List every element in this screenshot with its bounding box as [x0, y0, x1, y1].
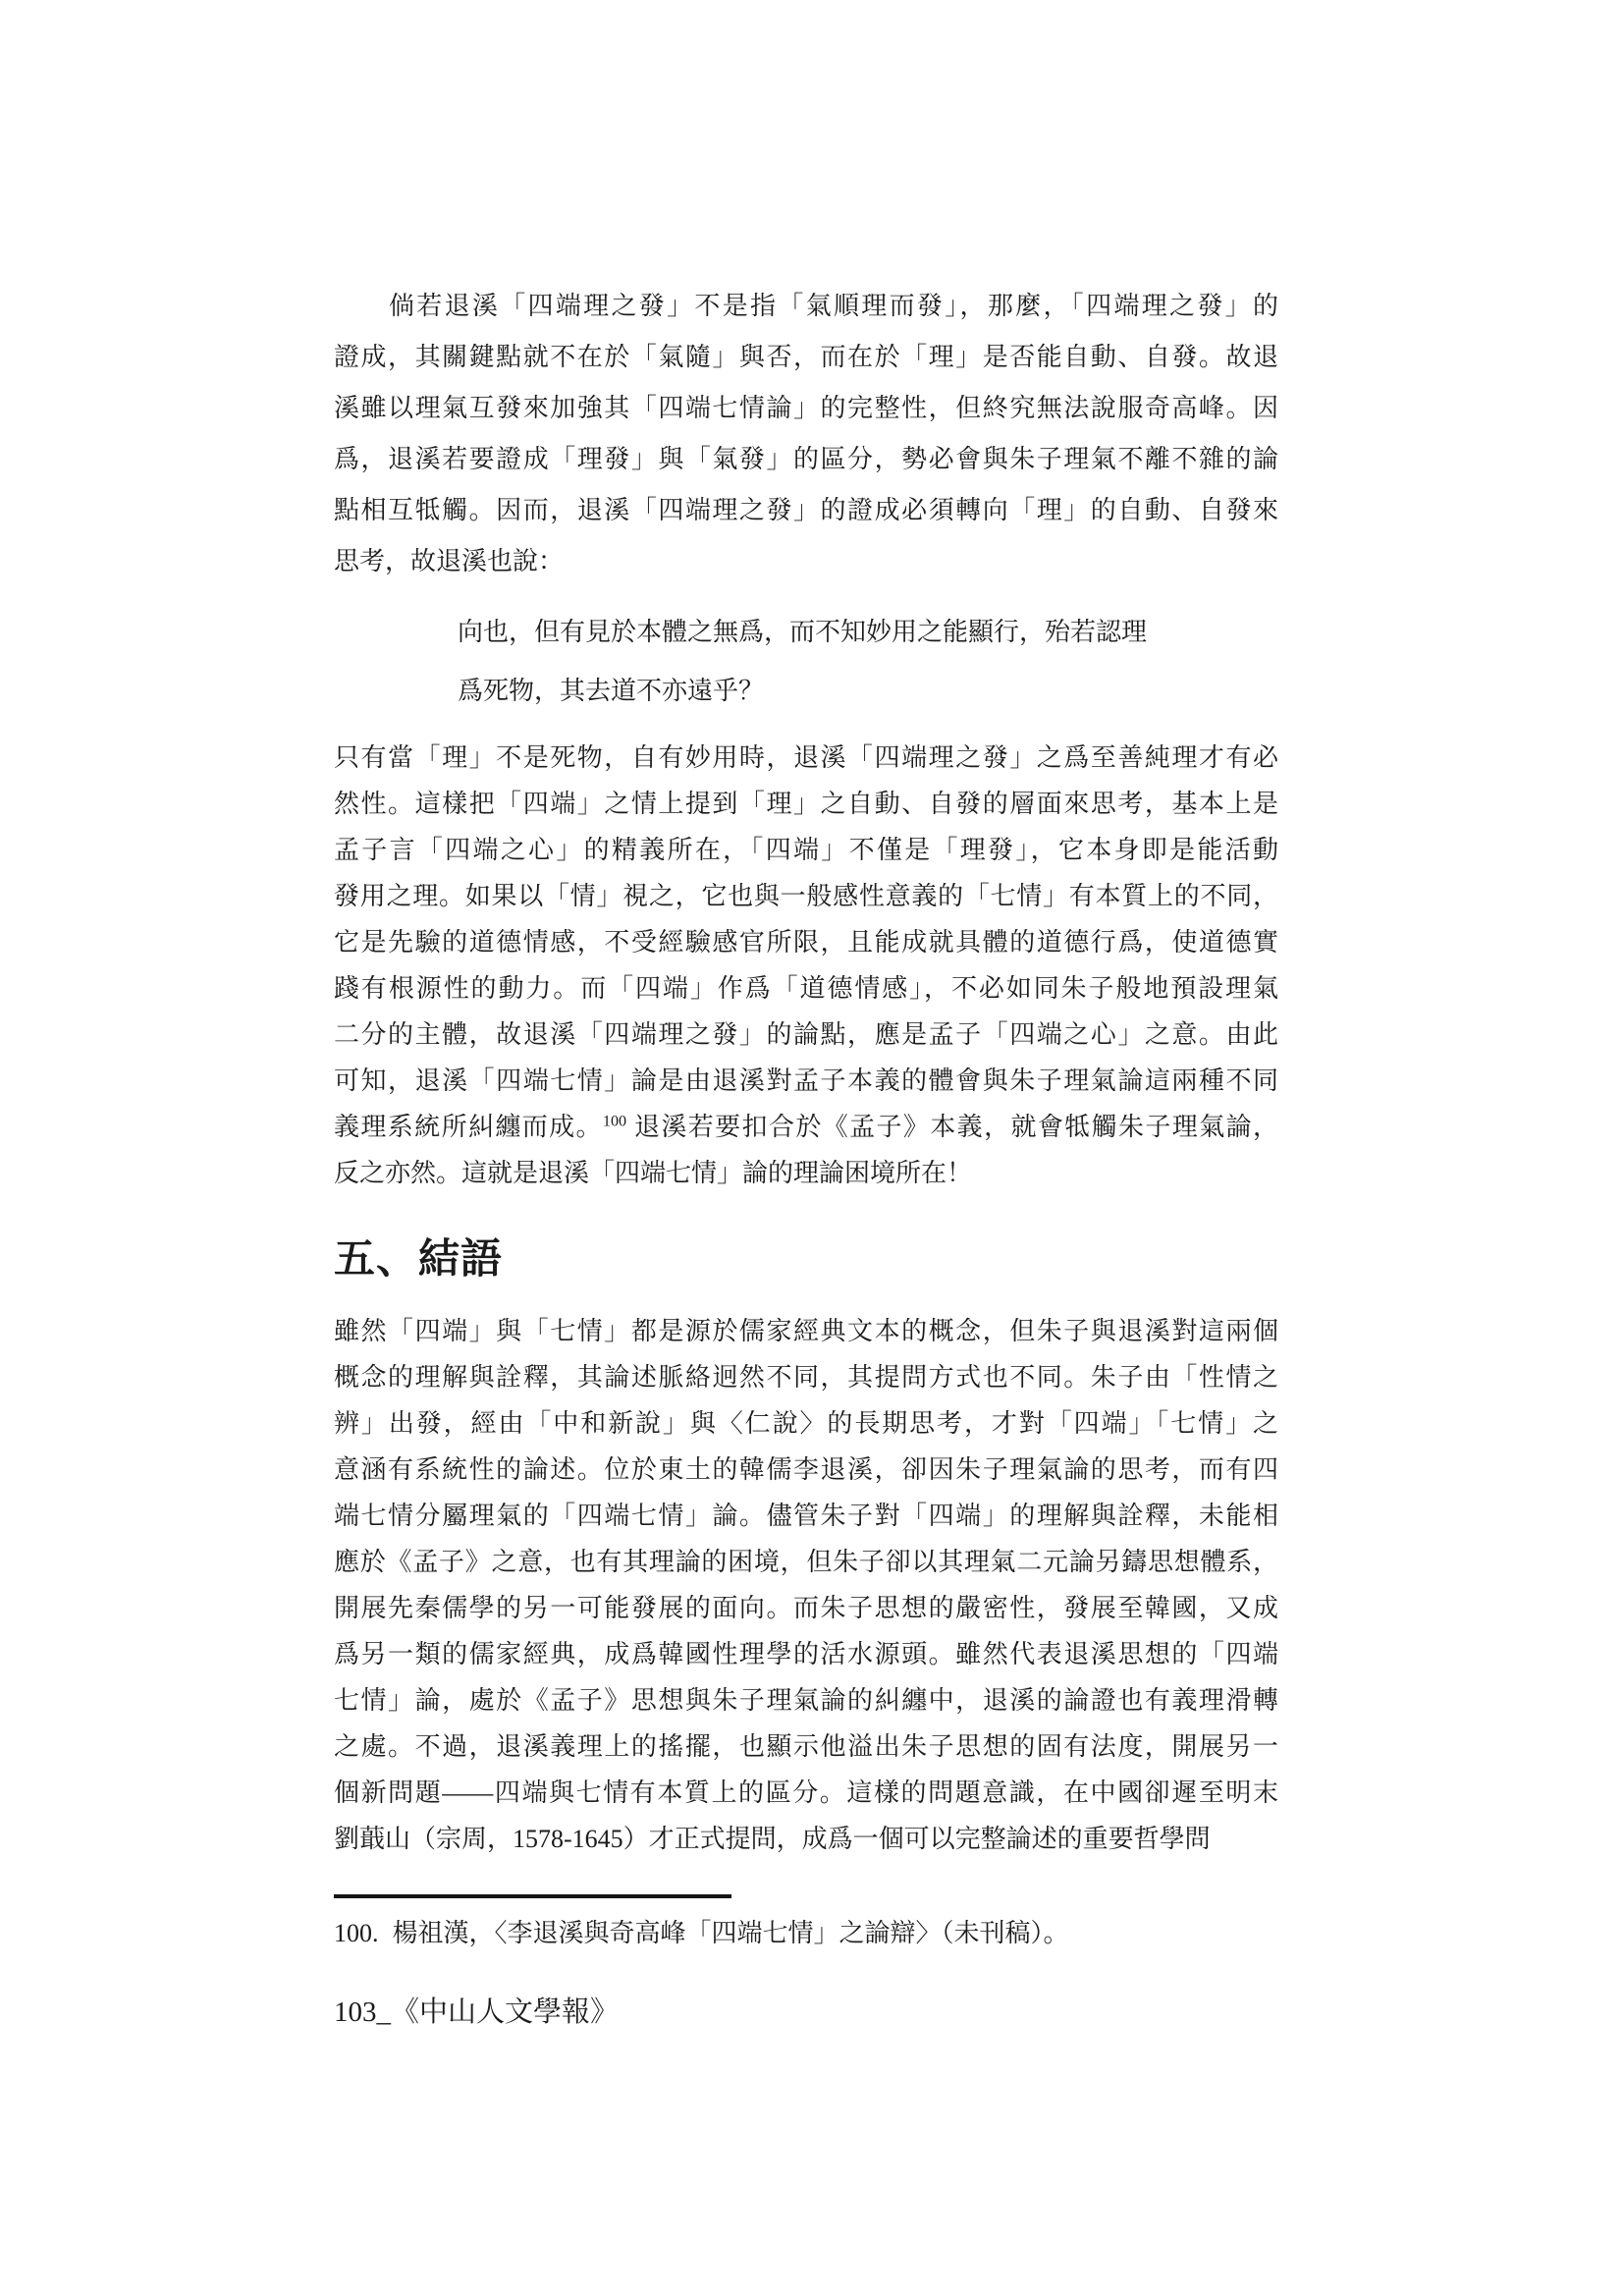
text-segment: 個新問題——四端與七情有本質上的區分。這樣的問題意識，在中國卻遲至明末 — [334, 1778, 1278, 1807]
paragraph-3: 雖然「四端」與「七情」都是源於儒家經典文本的概念，但朱子與退溪對這兩個概念的理解… — [334, 1308, 1278, 1862]
text-line: 七情」論，處於《孟子》思想與朱子理氣論的糾纏中，退溪的論證也有義理滑轉 — [334, 1677, 1278, 1723]
text-line: 義理系統所糾纏而成。100 退溪若要扣合於《孟子》本義，就會牴觸朱子理氣論， — [334, 1104, 1278, 1150]
footnote-marker: 100. — [334, 1916, 379, 1951]
section-heading: 五、結語 — [334, 1237, 1278, 1283]
text-segment: 孟子言「四端之心」的精義所在，「四端」不僅是「理發」，它本身即是能活動 — [334, 836, 1278, 864]
text-line: 辨」出發，經由「中和新說」與〈仁說〉的長期思考，才對「四端」「七情」之 — [334, 1400, 1278, 1447]
footnote-divider — [334, 1894, 731, 1898]
text-segment: 踐有根源性的動力。而「四端」作爲「道德情感」，不必如同朱子般地預設理氣 — [334, 974, 1278, 1003]
text-line: 爲另一類的儒家經典，成爲韓國性理學的活水源頭。雖然代表退溪思想的「四端 — [334, 1631, 1278, 1677]
text-segment: 只有當「理」不是死物，自有妙用時，退溪「四端理之發」之爲至善純理才有必 — [334, 743, 1278, 772]
text-segment: 義理系統所糾纏而成。 — [334, 1113, 603, 1141]
text-segment: 爲，退溪若要證成「理發」與「氣發」的區分，勢必會與朱子理氣不離不雜的論 — [334, 445, 1278, 473]
text-segment: 發用之理。如果以「情」視之，它也與一般感性意義的「七情」有本質上的不同， — [334, 882, 1278, 910]
text-line: 只有當「理」不是死物，自有妙用時，退溪「四端理之發」之爲至善純理才有必 — [334, 735, 1278, 781]
text-line: 思考，故退溪也說： — [334, 536, 1278, 587]
text-segment: 開展先秦儒學的另一可能發展的面向。而朱子思想的嚴密性，發展至韓國，又成 — [334, 1594, 1278, 1622]
footnote-ref: 100 — [603, 1113, 626, 1129]
text-line: 證成，其關鍵點就不在於「氣隨」與否，而在於「理」是否能自動、自發。故退 — [334, 332, 1278, 383]
text-segment: 倘若退溪「四端理之發」不是指「氣順理而發」，那麼，「四端理之發」的 — [389, 292, 1278, 320]
text-line: 爲，退溪若要證成「理發」與「氣發」的區分，勢必會與朱子理氣不離不雜的論 — [334, 434, 1278, 485]
text-line: 孟子言「四端之心」的精義所在，「四端」不僅是「理發」，它本身即是能活動 — [334, 827, 1278, 873]
text-segment: 七情」論，處於《孟子》思想與朱子理氣論的糾纏中，退溪的論證也有義理滑轉 — [334, 1686, 1278, 1715]
document-page: 倘若退溪「四端理之發」不是指「氣順理而發」，那麼，「四端理之發」的證成，其關鍵點… — [0, 0, 1623, 2296]
block-quote: 向也，但有見於本體之無爲，而不知妙用之能顯行，殆若認理爲死物，其去道不亦遠乎？ — [458, 603, 1278, 721]
text-segment: 退溪若要扣合於《孟子》本義，就會牴觸朱子理氣論， — [626, 1113, 1278, 1141]
text-segment: 它是先驗的道德情感，不受經驗感官所限，且能成就具體的道德行爲，使道德實 — [334, 928, 1278, 957]
text-line: 它是先驗的道德情感，不受經驗感官所限，且能成就具體的道德行爲，使道德實 — [334, 919, 1278, 965]
text-line: 反之亦然。這就是退溪「四端七情」論的理論困境所在！ — [334, 1150, 1278, 1196]
text-segment: 爲另一類的儒家經典，成爲韓國性理學的活水源頭。雖然代表退溪思想的「四端 — [334, 1640, 1278, 1668]
footnote-text: 楊祖漢，〈李退溪與奇高峰「四端七情」之論辯〉（未刊稿）。 — [393, 1916, 1069, 1951]
text-segment: 應於《孟子》之意，也有其理論的困境，但朱子卻以其理氣二元論另鑄思想體系， — [334, 1548, 1278, 1576]
text-segment: 證成，其關鍵點就不在於「氣隨」與否，而在於「理」是否能自動、自發。故退 — [334, 343, 1278, 371]
text-segment: 然性。這樣把「四端」之情上提到「理」之自動、自發的層面來思考，基本上是 — [334, 790, 1278, 818]
text-segment: 向也，但有見於本體之無爲，而不知妙用之能顯行，殆若認理 — [458, 618, 1147, 646]
text-line: 意涵有系統性的論述。位於東土的韓儒李退溪，卻因朱子理氣論的思考，而有四 — [334, 1447, 1278, 1493]
text-line: 應於《孟子》之意，也有其理論的困境，但朱子卻以其理氣二元論另鑄思想體系， — [334, 1539, 1278, 1585]
paragraph-1: 倘若退溪「四端理之發」不是指「氣順理而發」，那麼，「四端理之發」的證成，其關鍵點… — [334, 281, 1278, 587]
text-segment: 概念的理解與詮釋，其論述脈絡迥然不同，其提問方式也不同。朱子由「性情之 — [334, 1363, 1278, 1392]
text-line: 雖然「四端」與「七情」都是源於儒家經典文本的概念，但朱子與退溪對這兩個 — [334, 1308, 1278, 1354]
footnote: 100. 楊祖漢，〈李退溪與奇高峰「四端七情」之論辯〉（未刊稿）。 — [334, 1916, 1278, 1951]
text-line: 開展先秦儒學的另一可能發展的面向。而朱子思想的嚴密性，發展至韓國，又成 — [334, 1585, 1278, 1631]
text-line: 之處。不過，退溪義理上的搖擺，也顯示他溢出朱子思想的固有法度，開展另一 — [334, 1723, 1278, 1770]
text-line: 劉蕺山（宗周，1578-1645）才正式提問，成爲一個可以完整論述的重要哲學問 — [334, 1816, 1278, 1862]
text-segment: 爲死物，其去道不亦遠乎？ — [458, 677, 764, 705]
text-line: 倘若退溪「四端理之發」不是指「氣順理而發」，那麼，「四端理之發」的 — [334, 281, 1278, 332]
text-line: 個新問題——四端與七情有本質上的區分。這樣的問題意識，在中國卻遲至明末 — [334, 1770, 1278, 1816]
text-segment: 點相互牴觸。因而，退溪「四端理之發」的證成必須轉向「理」的自動、自發來 — [334, 496, 1278, 524]
text-line: 爲死物，其去道不亦遠乎？ — [458, 662, 1278, 721]
text-line: 二分的主體，故退溪「四端理之發」的論點，應是孟子「四端之心」之意。由此 — [334, 1011, 1278, 1058]
text-line: 概念的理解與詮釋，其論述脈絡迥然不同，其提問方式也不同。朱子由「性情之 — [334, 1354, 1278, 1400]
text-line: 向也，但有見於本體之無爲，而不知妙用之能顯行，殆若認理 — [458, 603, 1278, 662]
text-line: 發用之理。如果以「情」視之，它也與一般感性意義的「七情」有本質上的不同， — [334, 873, 1278, 919]
text-segment: 之處。不過，退溪義理上的搖擺，也顯示他溢出朱子思想的固有法度，開展另一 — [334, 1732, 1278, 1761]
page-footer: 103_《中山人文學報》 — [334, 1995, 1278, 2030]
text-line: 踐有根源性的動力。而「四端」作爲「道德情感」，不必如同朱子般地預設理氣 — [334, 965, 1278, 1011]
text-segment: 二分的主體，故退溪「四端理之發」的論點，應是孟子「四端之心」之意。由此 — [334, 1020, 1278, 1049]
text-line: 端七情分屬理氣的「四端七情」論。儘管朱子對「四端」的理解與詮釋，未能相 — [334, 1493, 1278, 1539]
text-line: 然性。這樣把「四端」之情上提到「理」之自動、自發的層面來思考，基本上是 — [334, 781, 1278, 827]
text-segment: 辨」出發，經由「中和新說」與〈仁說〉的長期思考，才對「四端」「七情」之 — [334, 1409, 1278, 1438]
paragraph-2: 只有當「理」不是死物，自有妙用時，退溪「四端理之發」之爲至善純理才有必然性。這樣… — [334, 735, 1278, 1196]
text-segment: 意涵有系統性的論述。位於東土的韓儒李退溪，卻因朱子理氣論的思考，而有四 — [334, 1455, 1278, 1484]
text-segment: 雖然「四端」與「七情」都是源於儒家經典文本的概念，但朱子與退溪對這兩個 — [334, 1317, 1278, 1345]
text-line: 可知，退溪「四端七情」論是由退溪對孟子本義的體會與朱子理氣論這兩種不同 — [334, 1058, 1278, 1104]
text-line: 溪雖以理氣互發來加強其「四端七情論」的完整性，但終究無法說服奇高峰。因 — [334, 383, 1278, 434]
text-segment: 思考，故退溪也說： — [334, 547, 564, 575]
text-segment: 劉蕺山（宗周，1578-1645）才正式提問，成爲一個可以完整論述的重要哲學問 — [334, 1825, 1211, 1853]
text-segment: 溪雖以理氣互發來加強其「四端七情論」的完整性，但終究無法說服奇高峰。因 — [334, 394, 1278, 422]
text-segment: 可知，退溪「四端七情」論是由退溪對孟子本義的體會與朱子理氣論這兩種不同 — [334, 1066, 1278, 1095]
text-line: 點相互牴觸。因而，退溪「四端理之發」的證成必須轉向「理」的自動、自發來 — [334, 485, 1278, 536]
text-column: 倘若退溪「四端理之發」不是指「氣順理而發」，那麼，「四端理之發」的證成，其關鍵點… — [334, 0, 1278, 2030]
text-segment: 反之亦然。這就是退溪「四端七情」論的理論困境所在！ — [334, 1159, 972, 1187]
text-segment: 端七情分屬理氣的「四端七情」論。儘管朱子對「四端」的理解與詮釋，未能相 — [334, 1502, 1278, 1530]
